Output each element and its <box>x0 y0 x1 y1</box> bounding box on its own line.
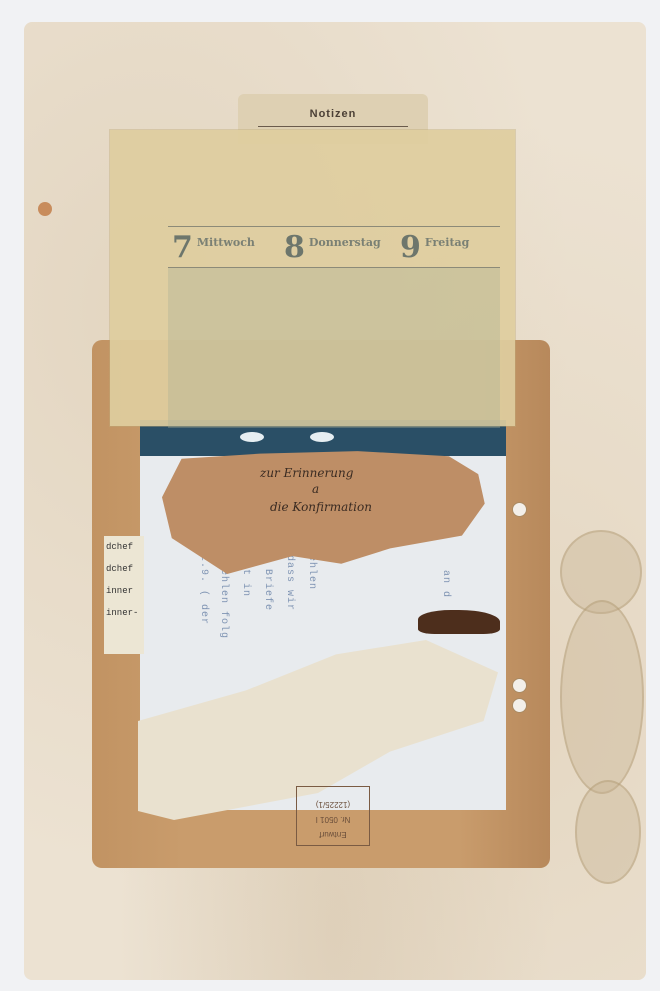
stamp-text: (12225/1) <box>297 800 369 809</box>
calendar-day: 7 Mittwoch <box>172 227 255 267</box>
strip-line: dchef <box>106 558 144 580</box>
stamp-text: Nr. 0501 I <box>297 815 369 824</box>
water-stain <box>560 600 644 794</box>
eye <box>310 432 334 442</box>
handwriting-line: a <box>312 482 319 496</box>
punch-hole <box>512 502 527 517</box>
day-name: Donnerstag <box>309 236 381 249</box>
calendar-body <box>168 268 500 428</box>
day-name: Freitag <box>425 236 470 249</box>
handwriting-line: die Konfirmation <box>270 500 372 514</box>
typed-strip: dchef dchef inner inner- <box>104 536 144 654</box>
punch-hole <box>512 698 527 713</box>
eye <box>240 432 264 442</box>
burnt-edge <box>418 610 500 634</box>
calendar-strip: 7 Mittwoch 8 Donnerstag 9 Freitag <box>168 226 500 268</box>
strip-line: inner- <box>106 602 144 624</box>
rule-line <box>258 126 408 127</box>
day-number: 9 <box>400 230 421 265</box>
calendar-day: 9 Freitag <box>400 227 469 267</box>
punch-hole <box>512 678 527 693</box>
strip-line: dchef <box>106 536 144 558</box>
day-number: 8 <box>284 230 305 265</box>
day-number: 7 <box>172 230 193 265</box>
stamp-box: Entwurf Nr. 0501 I (12225/1) <box>296 786 370 846</box>
tissue-calendar-sheet: 7 Mittwoch 8 Donnerstag 9 Freitag <box>110 130 515 426</box>
rust-spot <box>38 202 52 216</box>
strip-line: inner <box>106 580 144 602</box>
water-stain <box>575 780 641 884</box>
day-name: Mittwoch <box>197 236 255 249</box>
stamp-text: Entwurf <box>297 830 369 839</box>
notizen-label: Notizen <box>238 108 428 120</box>
typed-line: an d <box>440 570 451 598</box>
handwriting-line: zur Erinnerung <box>260 466 353 480</box>
calendar-day: 8 Donnerstag <box>284 227 381 267</box>
